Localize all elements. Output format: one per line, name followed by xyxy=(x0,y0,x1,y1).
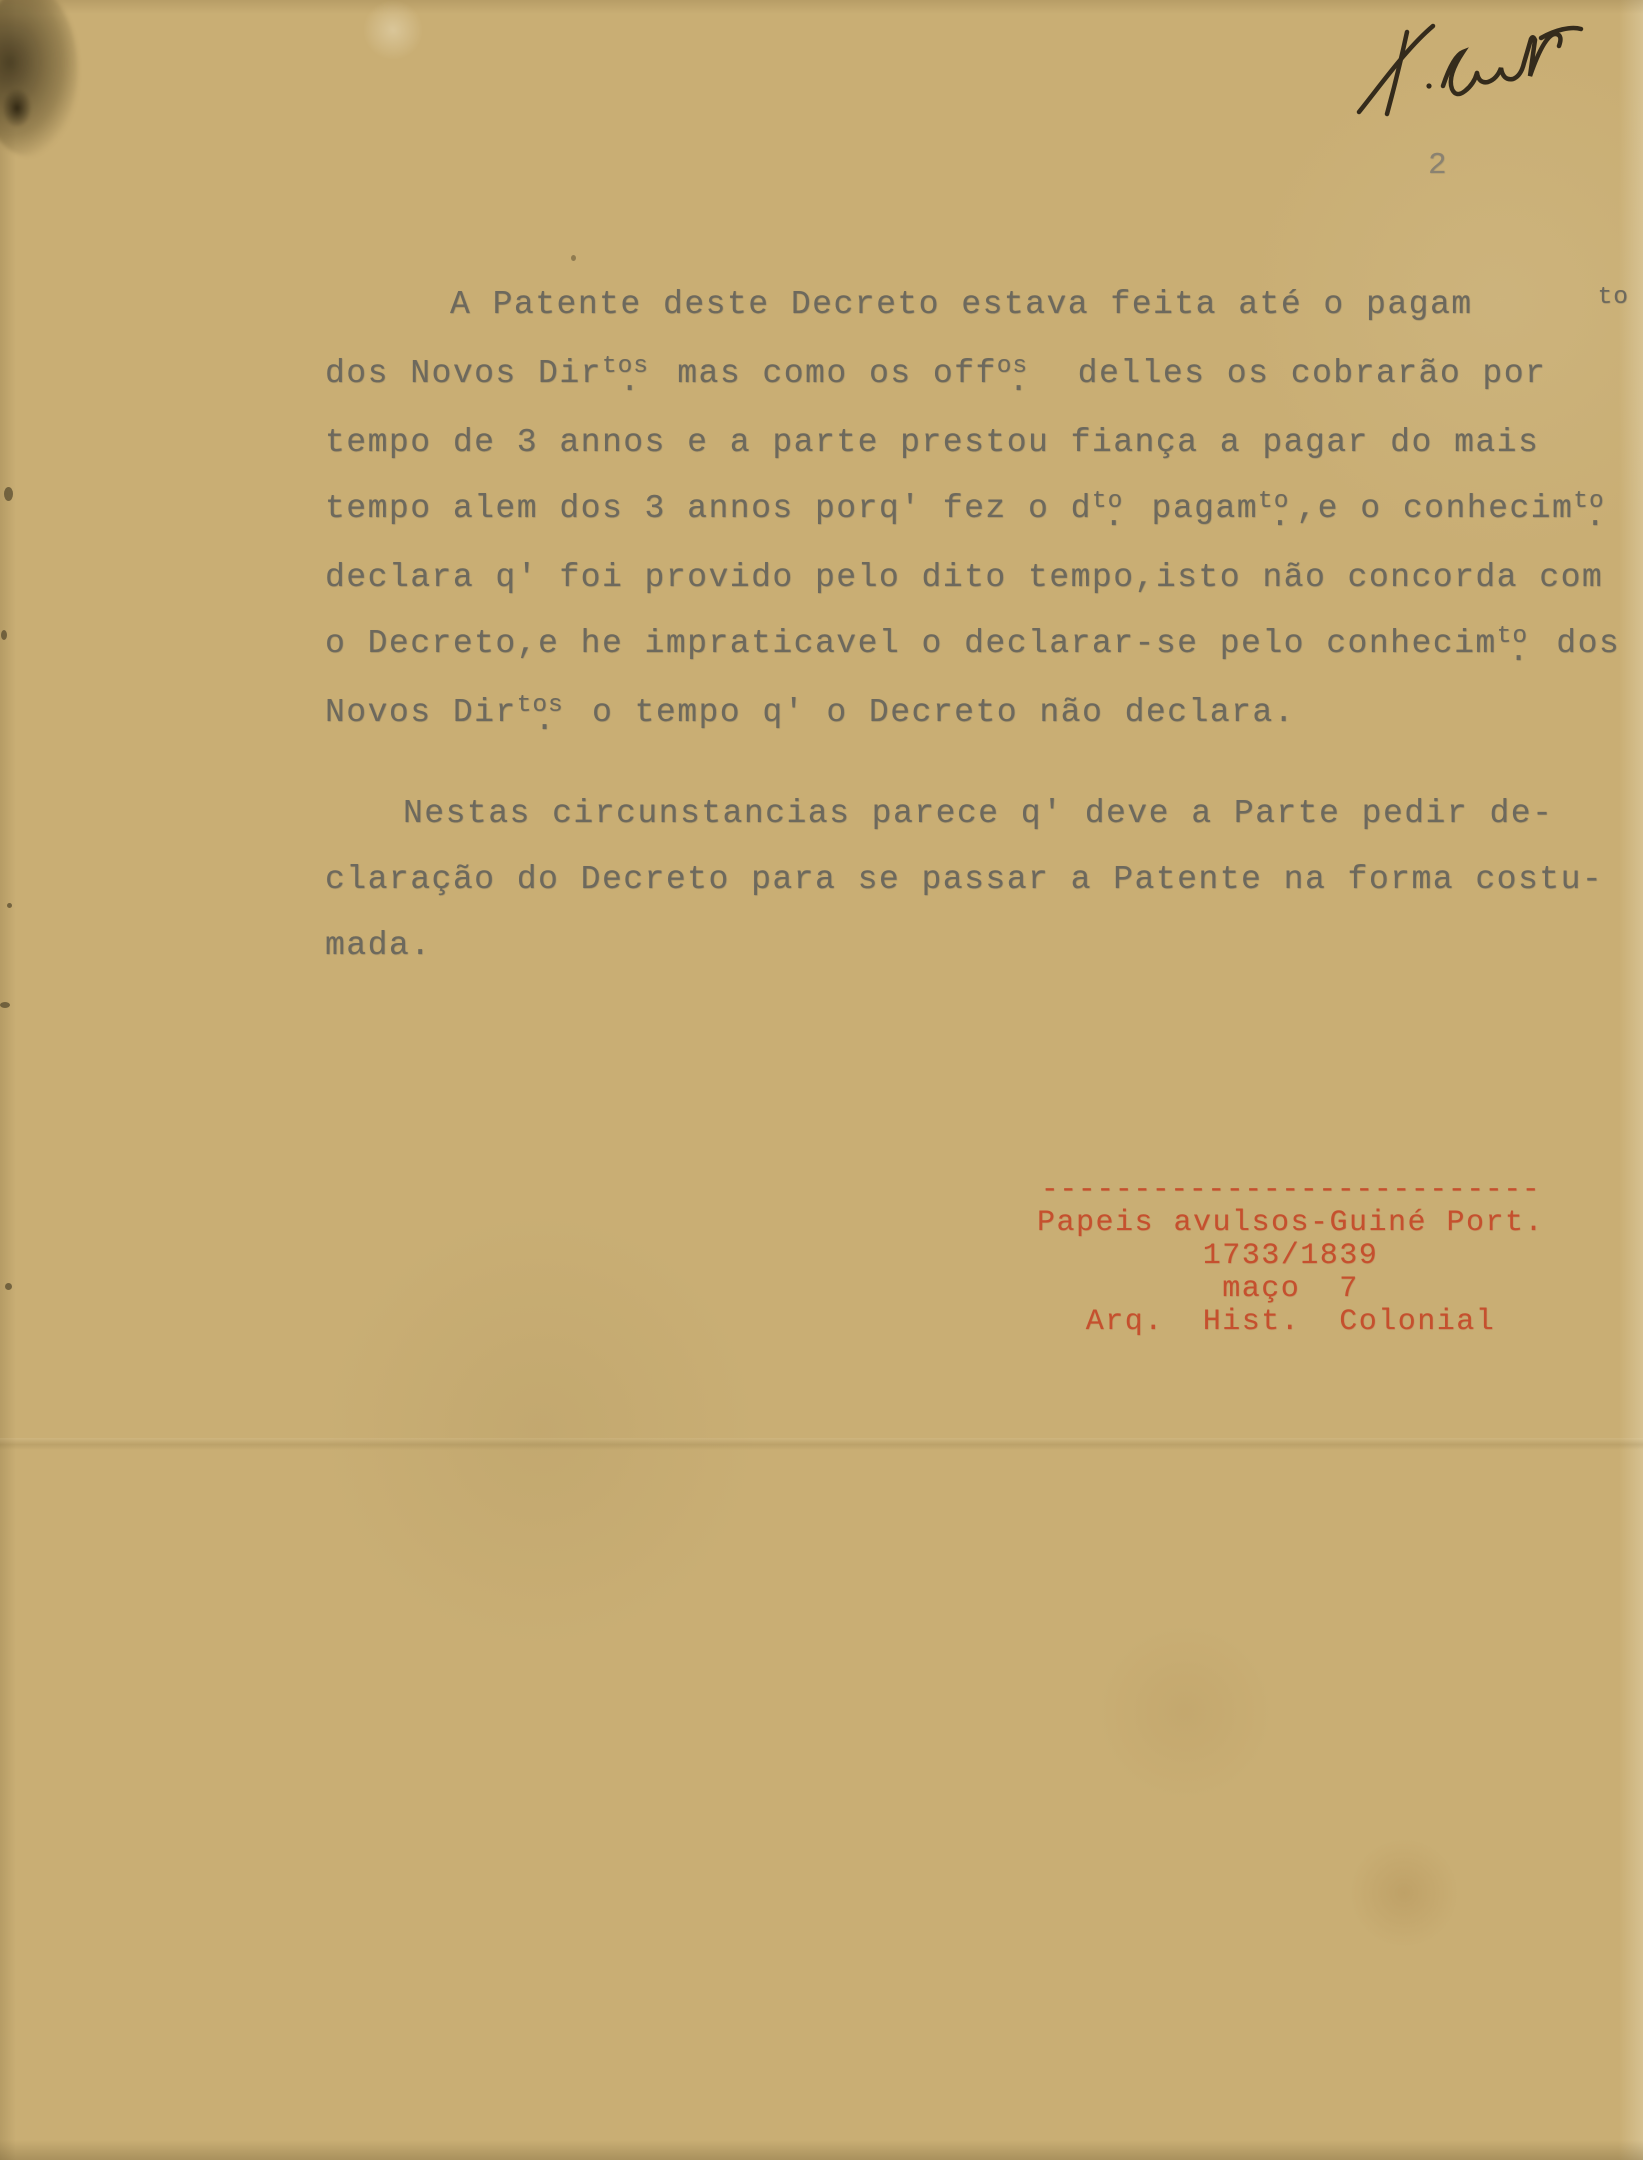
typewritten-body: A Patente deste Decreto estava feita até… xyxy=(325,272,1636,979)
paper-speck xyxy=(7,903,12,908)
text-line: declara q' foi provido pelo dito tempo,i… xyxy=(325,545,1636,611)
raised-abbreviation: os. xyxy=(997,341,1028,410)
paper-speck xyxy=(1,630,7,640)
paragraph: A Patente deste Decreto estava feita até… xyxy=(325,272,1636,749)
paper-fold-crease xyxy=(0,1438,1643,1450)
text-line: mada. xyxy=(325,913,1636,979)
stamp-line: 1733/1839 xyxy=(1018,1240,1563,1273)
raised-abbreviation: tos. xyxy=(602,341,649,410)
text-line: tempo de 3 annos e a parte prestou fianç… xyxy=(325,410,1636,476)
archive-stamp-lines: Papeis avulsos-Guiné Port.1733/1839maço … xyxy=(1018,1207,1563,1339)
paper-corner-stain-core xyxy=(2,88,32,128)
text-line: dos Novos Dirtos. mas como os offos. del… xyxy=(325,341,1636,410)
paragraph: Nestas circunstancias parece q' deve a P… xyxy=(325,781,1636,979)
scanned-document-page: 2 A Patente deste Decreto estava feita a… xyxy=(0,0,1643,2160)
raised-abbreviation: to. xyxy=(1092,476,1123,545)
paper-speck xyxy=(571,255,576,261)
text-line: claração do Decreto para se passar a Pat… xyxy=(325,847,1636,913)
stamp-dashed-line: --------------------------- xyxy=(1018,1174,1563,1207)
text-line: A Patente deste Decreto estava feita até… xyxy=(325,272,1636,341)
text-line: o Decreto,e he impraticavel o declarar-s… xyxy=(325,611,1636,680)
signature-handwriting xyxy=(1345,12,1585,132)
stamp-line: Arq. Hist. Colonial xyxy=(1018,1306,1563,1339)
raised-abbreviation: to. xyxy=(1497,611,1528,680)
stamp-line: maço 7 xyxy=(1018,1273,1563,1306)
raised-abbreviation: to. xyxy=(1258,476,1289,545)
page-number: 2 xyxy=(1428,148,1448,183)
stamp-line: Papeis avulsos-Guiné Port. xyxy=(1018,1207,1563,1240)
raised-abbreviation: tos. xyxy=(517,680,564,749)
raised-abbreviation: to. xyxy=(1573,476,1604,545)
paper-speck xyxy=(0,1002,10,1008)
archive-stamp: --------------------------- Papeis avuls… xyxy=(1018,1174,1563,1339)
raised-abbreviation: to. xyxy=(1473,272,1629,341)
text-line: Novos Dirtos. o tempo q' o Decreto não d… xyxy=(325,680,1636,749)
paper-speck xyxy=(5,1283,12,1290)
text-line: tempo alem dos 3 annos porq' fez o dto. … xyxy=(325,476,1636,545)
paper-corner-stain xyxy=(0,0,78,156)
paper-speck xyxy=(4,487,13,501)
text-line: Nestas circunstancias parece q' deve a P… xyxy=(325,781,1636,847)
